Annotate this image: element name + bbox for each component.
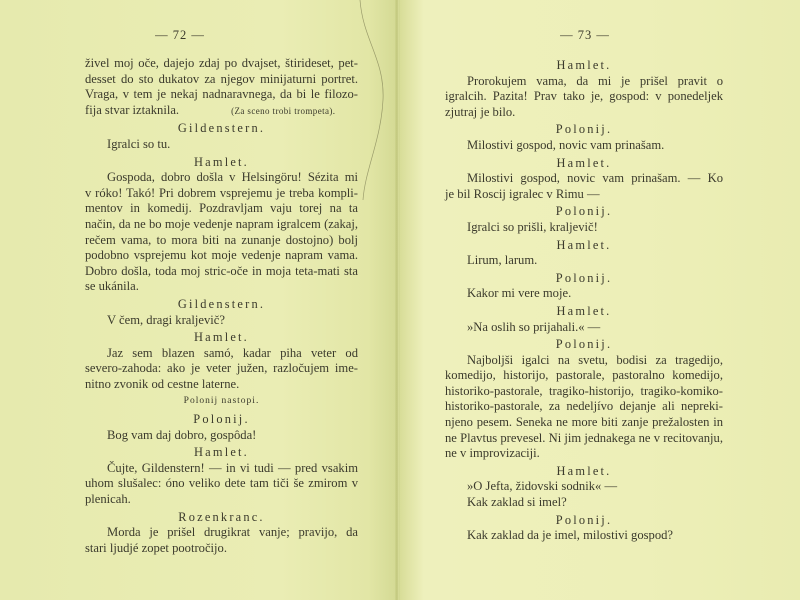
dialogue-line: desset do sto dukatov za njegov minijatu… [85, 72, 358, 88]
dialogue-line: nitno zvonik od cestne laterne. [85, 377, 358, 393]
speaker-name: Hamlet. [85, 330, 358, 346]
dialogue-line: ne v improvizaciji. [445, 446, 723, 462]
stage-direction: Polonij nastopi. [85, 394, 358, 410]
speaker-name: Gildenstern. [85, 297, 358, 313]
speaker-name: Hamlet. [445, 58, 723, 74]
dialogue-line: Kak zaklad da je imel, milostivi gospod? [445, 528, 723, 544]
page-number: — 72 — [0, 28, 380, 43]
text-line: fija stvar iztaknila.(Za sceno trobi tro… [85, 103, 358, 120]
dialogue-line: njeno pesem. Seneka ne more biti zanje p… [445, 415, 723, 431]
dialogue-line: živel moj oče, dajejo zdaj po dvajset, š… [85, 56, 358, 72]
dialogue-line: uhom slušalec: óno veliko dete tam tiči … [85, 476, 358, 492]
dialogue-line: ne Plavtus prevesel. Ni jim jednakega ne… [445, 431, 723, 447]
dialogue-line: stari ljudjé zopet pootročijo. [85, 541, 358, 557]
speaker-name: Hamlet. [445, 304, 723, 320]
dialogue-line: igralcih. Pazita! Prav tako je, gospod: … [445, 89, 723, 105]
dialogue-line: mentov in komedij. Pozdravljam vaju tore… [85, 201, 358, 217]
dialogue-line: »Na oslih so prijahali.« — [445, 320, 723, 336]
dialogue-line: plenicah. [85, 492, 358, 508]
speaker-name: Hamlet. [445, 156, 723, 172]
speaker-name: Gildenstern. [85, 121, 358, 137]
dialogue-line: historiko-pastorale, za nedeljívo dejanj… [445, 399, 723, 415]
dialogue-line: Čujte, Gildenstern! — in vi tudi — pred … [85, 461, 358, 477]
speaker-name: Hamlet. [445, 464, 723, 480]
dialogue-line: se ukánila. [85, 279, 358, 295]
dialogue-line: Bog vam daj dobro, gospôda! [85, 428, 358, 444]
dialogue-line: Prorokujem vama, da mi je prišel pravit … [445, 74, 723, 90]
dialogue-line: Igralci so prišli, kraljevič! [445, 220, 723, 236]
speaker-name: Polonij. [445, 204, 723, 220]
speaker-name: Polonij. [445, 337, 723, 353]
dialogue-line: rečem vama, to mora biti na zunanje dost… [85, 233, 358, 249]
dialogue-line: v róko! Takó! Pri dobrem vsprejemu je tr… [85, 186, 358, 202]
dialogue-line: komedijo, historijo, pastorale, pastoral… [445, 368, 723, 384]
speaker-name: Polonij. [445, 513, 723, 529]
text-fragment: fija stvar iztaknila. [85, 103, 179, 117]
dialogue-line: zjutraj je bilo. [445, 105, 723, 121]
dialogue-line: historiko-pastorale, tragiko-historijo, … [445, 384, 723, 400]
speaker-name: Polonij. [85, 412, 358, 428]
page-text: živel moj oče, dajejo zdaj po dvajset, š… [85, 56, 358, 556]
dialogue-line: Lirum, larum. [445, 253, 723, 269]
dialogue-line: način, da ne bo moje vedenje napram igra… [85, 217, 358, 233]
dialogue-line: je bil Roscij igralec v Rimu — [445, 187, 723, 203]
speaker-name: Polonij. [445, 271, 723, 287]
book-spread: — 72 — živel moj oče, dajejo zdaj po dva… [0, 0, 800, 600]
dialogue-line: Milostivi gospod, novic vam prinašam. [445, 138, 723, 154]
dialogue-line: »O Jefta, židovski sodnik« — [445, 479, 723, 495]
dialogue-line: Dobro došla, toda moj stric-oče in moja … [85, 264, 358, 280]
page-text: Hamlet.Prorokujem vama, da mi je prišel … [445, 56, 723, 544]
speaker-name: Hamlet. [85, 155, 358, 171]
speaker-name: Rozenkranc. [85, 510, 358, 526]
dialogue-line: V čem, dragi kraljevič? [85, 313, 358, 329]
left-page: — 72 — živel moj oče, dajejo zdaj po dva… [0, 0, 400, 600]
dialogue-line: Igralci so tu. [85, 137, 358, 153]
dialogue-line: Jaz sem blazen samó, kadar piha veter od [85, 346, 358, 362]
dialogue-line: Kak zaklad si imel? [445, 495, 723, 511]
dialogue-line: podobno vsprejemu kot moje vedenje napra… [85, 248, 358, 264]
dialogue-line: Morda je prišel drugikrat vanje; pravijo… [85, 525, 358, 541]
speaker-name: Hamlet. [445, 238, 723, 254]
speaker-name: Hamlet. [85, 445, 358, 461]
page-number: — 73 — [385, 28, 785, 43]
dialogue-line: Kakor mi vere moje. [445, 286, 723, 302]
right-page: — 73 — Hamlet.Prorokujem vama, da mi je … [400, 0, 800, 600]
dialogue-line: severo-zahoda: ako je veter južen, razlo… [85, 361, 358, 377]
stage-direction: (Za sceno trobi trompeta). [231, 106, 335, 116]
speaker-name: Polonij. [445, 122, 723, 138]
dialogue-line: Gospoda, dobro došla v Helsingöru! Sézit… [85, 170, 358, 186]
book-gutter [395, 0, 399, 600]
dialogue-line: Najboljši igalci na svetu, bodisi za tra… [445, 353, 723, 369]
dialogue-line: Vraga, v tem je nekaj nadnaravnega, da b… [85, 87, 358, 103]
dialogue-line: Milostivi gospod, novic vam prinašam. — … [445, 171, 723, 187]
